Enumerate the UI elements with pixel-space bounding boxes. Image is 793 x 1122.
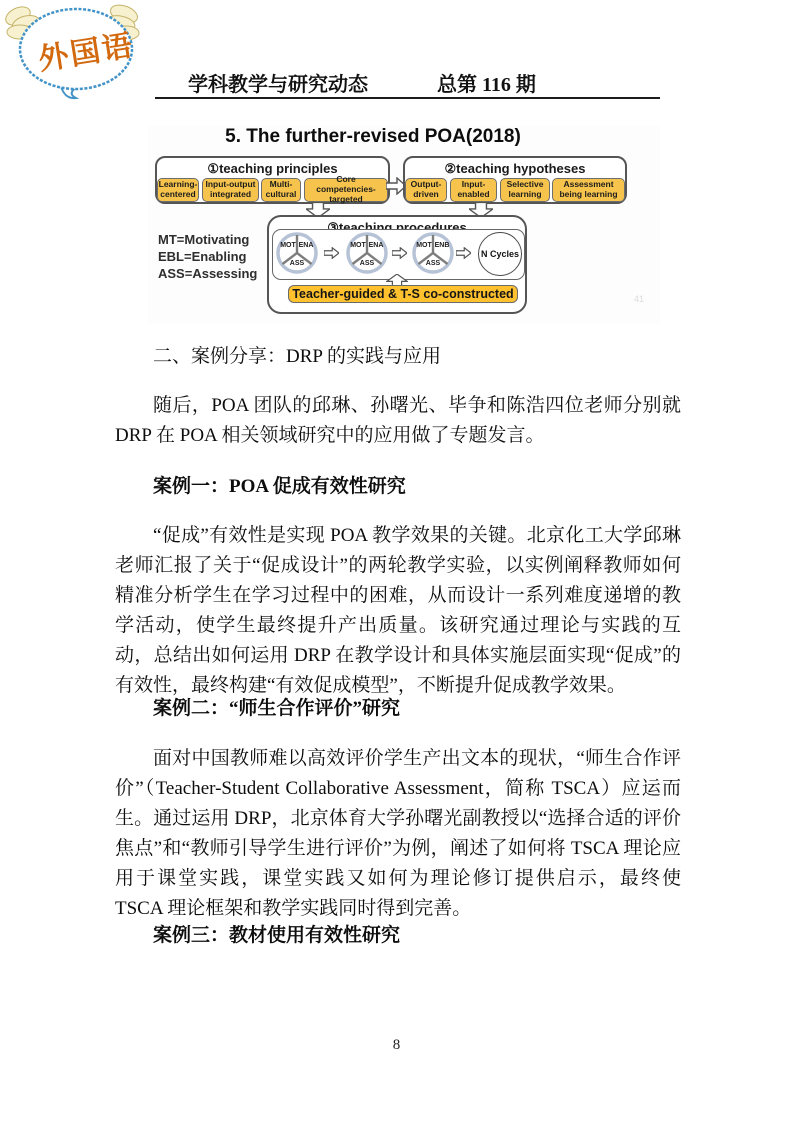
svg-text:ASS: ASS bbox=[290, 260, 305, 267]
legend-ebl: EBL=Enabling bbox=[158, 248, 257, 265]
legend-ass: ASS=Assessing bbox=[158, 265, 257, 282]
poa-diagram: 5. The further-revised POA(2018) ①teachi… bbox=[148, 126, 660, 324]
teacher-guided-banner: Teacher-guided & T-S co-constructed bbox=[288, 285, 518, 303]
cycle-1: MOT ENA ASS bbox=[275, 231, 319, 275]
issue-number: 总第 116 期 bbox=[437, 68, 536, 97]
legend-mt: MT=Motivating bbox=[158, 231, 257, 248]
slide-number: 41 bbox=[634, 294, 644, 304]
svg-text:ENA: ENA bbox=[299, 242, 314, 249]
abbreviation-legend: MT=Motivating EBL=Enabling ASS=Assessing bbox=[158, 231, 257, 282]
right-arrow-icon bbox=[456, 247, 471, 259]
svg-text:ASS: ASS bbox=[360, 260, 375, 267]
case1-paragraph: “促成”有效性是实现 POA 教学效果的关键。北京化工大学邱琳老师汇报了关于“促… bbox=[115, 521, 681, 701]
case2-heading: 案例二：“师生合作评价”研究 bbox=[115, 694, 719, 724]
section-heading: 二、案例分享：DRP 的实践与应用 bbox=[115, 342, 719, 372]
chip-selective-learning: Selective learning bbox=[500, 178, 550, 202]
newsletter-title: 学科教学与研究动态 bbox=[188, 68, 368, 97]
teaching-hypotheses-label: ②teaching hypotheses bbox=[405, 161, 625, 177]
chip-multi-cultural: Multi- cultural bbox=[261, 178, 301, 202]
chip-input-enabled: Input- enabled bbox=[450, 178, 497, 202]
intro-paragraph: 随后，POA 团队的邱琳、孙曙光、毕争和陈浩四位老师分别就 DRP 在 POA … bbox=[115, 391, 681, 451]
chip-output-driven: Output- driven bbox=[405, 178, 447, 202]
svg-text:MOT: MOT bbox=[416, 242, 432, 249]
cycle-3: MOT ENB ASS bbox=[411, 231, 455, 275]
n-cycles-circle: N Cycles bbox=[478, 232, 522, 276]
case1-heading: 案例一：POA 促成有效性研究 bbox=[115, 472, 719, 502]
page-number: 8 bbox=[0, 1037, 793, 1054]
document-page: 外国语 学科教学与研究动态 总第 116 期 5. The further-re… bbox=[0, 0, 793, 1122]
chip-input-output-integrated: Input-output integrated bbox=[202, 178, 259, 202]
svg-text:MOT: MOT bbox=[350, 242, 366, 249]
case3-heading: 案例三：教材使用有效性研究 bbox=[115, 921, 719, 951]
chip-learning-centered: Learning- centered bbox=[157, 178, 199, 202]
chip-core-competencies-targeted: Core competencies- targeted bbox=[304, 178, 388, 202]
right-arrow-icon bbox=[392, 247, 407, 259]
header-rule bbox=[155, 97, 660, 99]
svg-text:ENB: ENB bbox=[435, 242, 450, 249]
foreign-language-logo: 外国语 bbox=[4, 2, 146, 100]
svg-text:ASS: ASS bbox=[426, 260, 441, 267]
svg-text:MOT: MOT bbox=[280, 242, 296, 249]
right-arrow-icon bbox=[324, 247, 339, 259]
chip-assessment-being-learning: Assessment being learning bbox=[552, 178, 625, 202]
case2-paragraph: 面对中国教师难以高效评价学生产出文本的现状，“师生合作评价”（Teacher-S… bbox=[115, 744, 681, 924]
svg-text:ENA: ENA bbox=[369, 242, 384, 249]
figure-title: 5. The further-revised POA(2018) bbox=[148, 126, 598, 148]
cycle-2: MOT ENA ASS bbox=[345, 231, 389, 275]
